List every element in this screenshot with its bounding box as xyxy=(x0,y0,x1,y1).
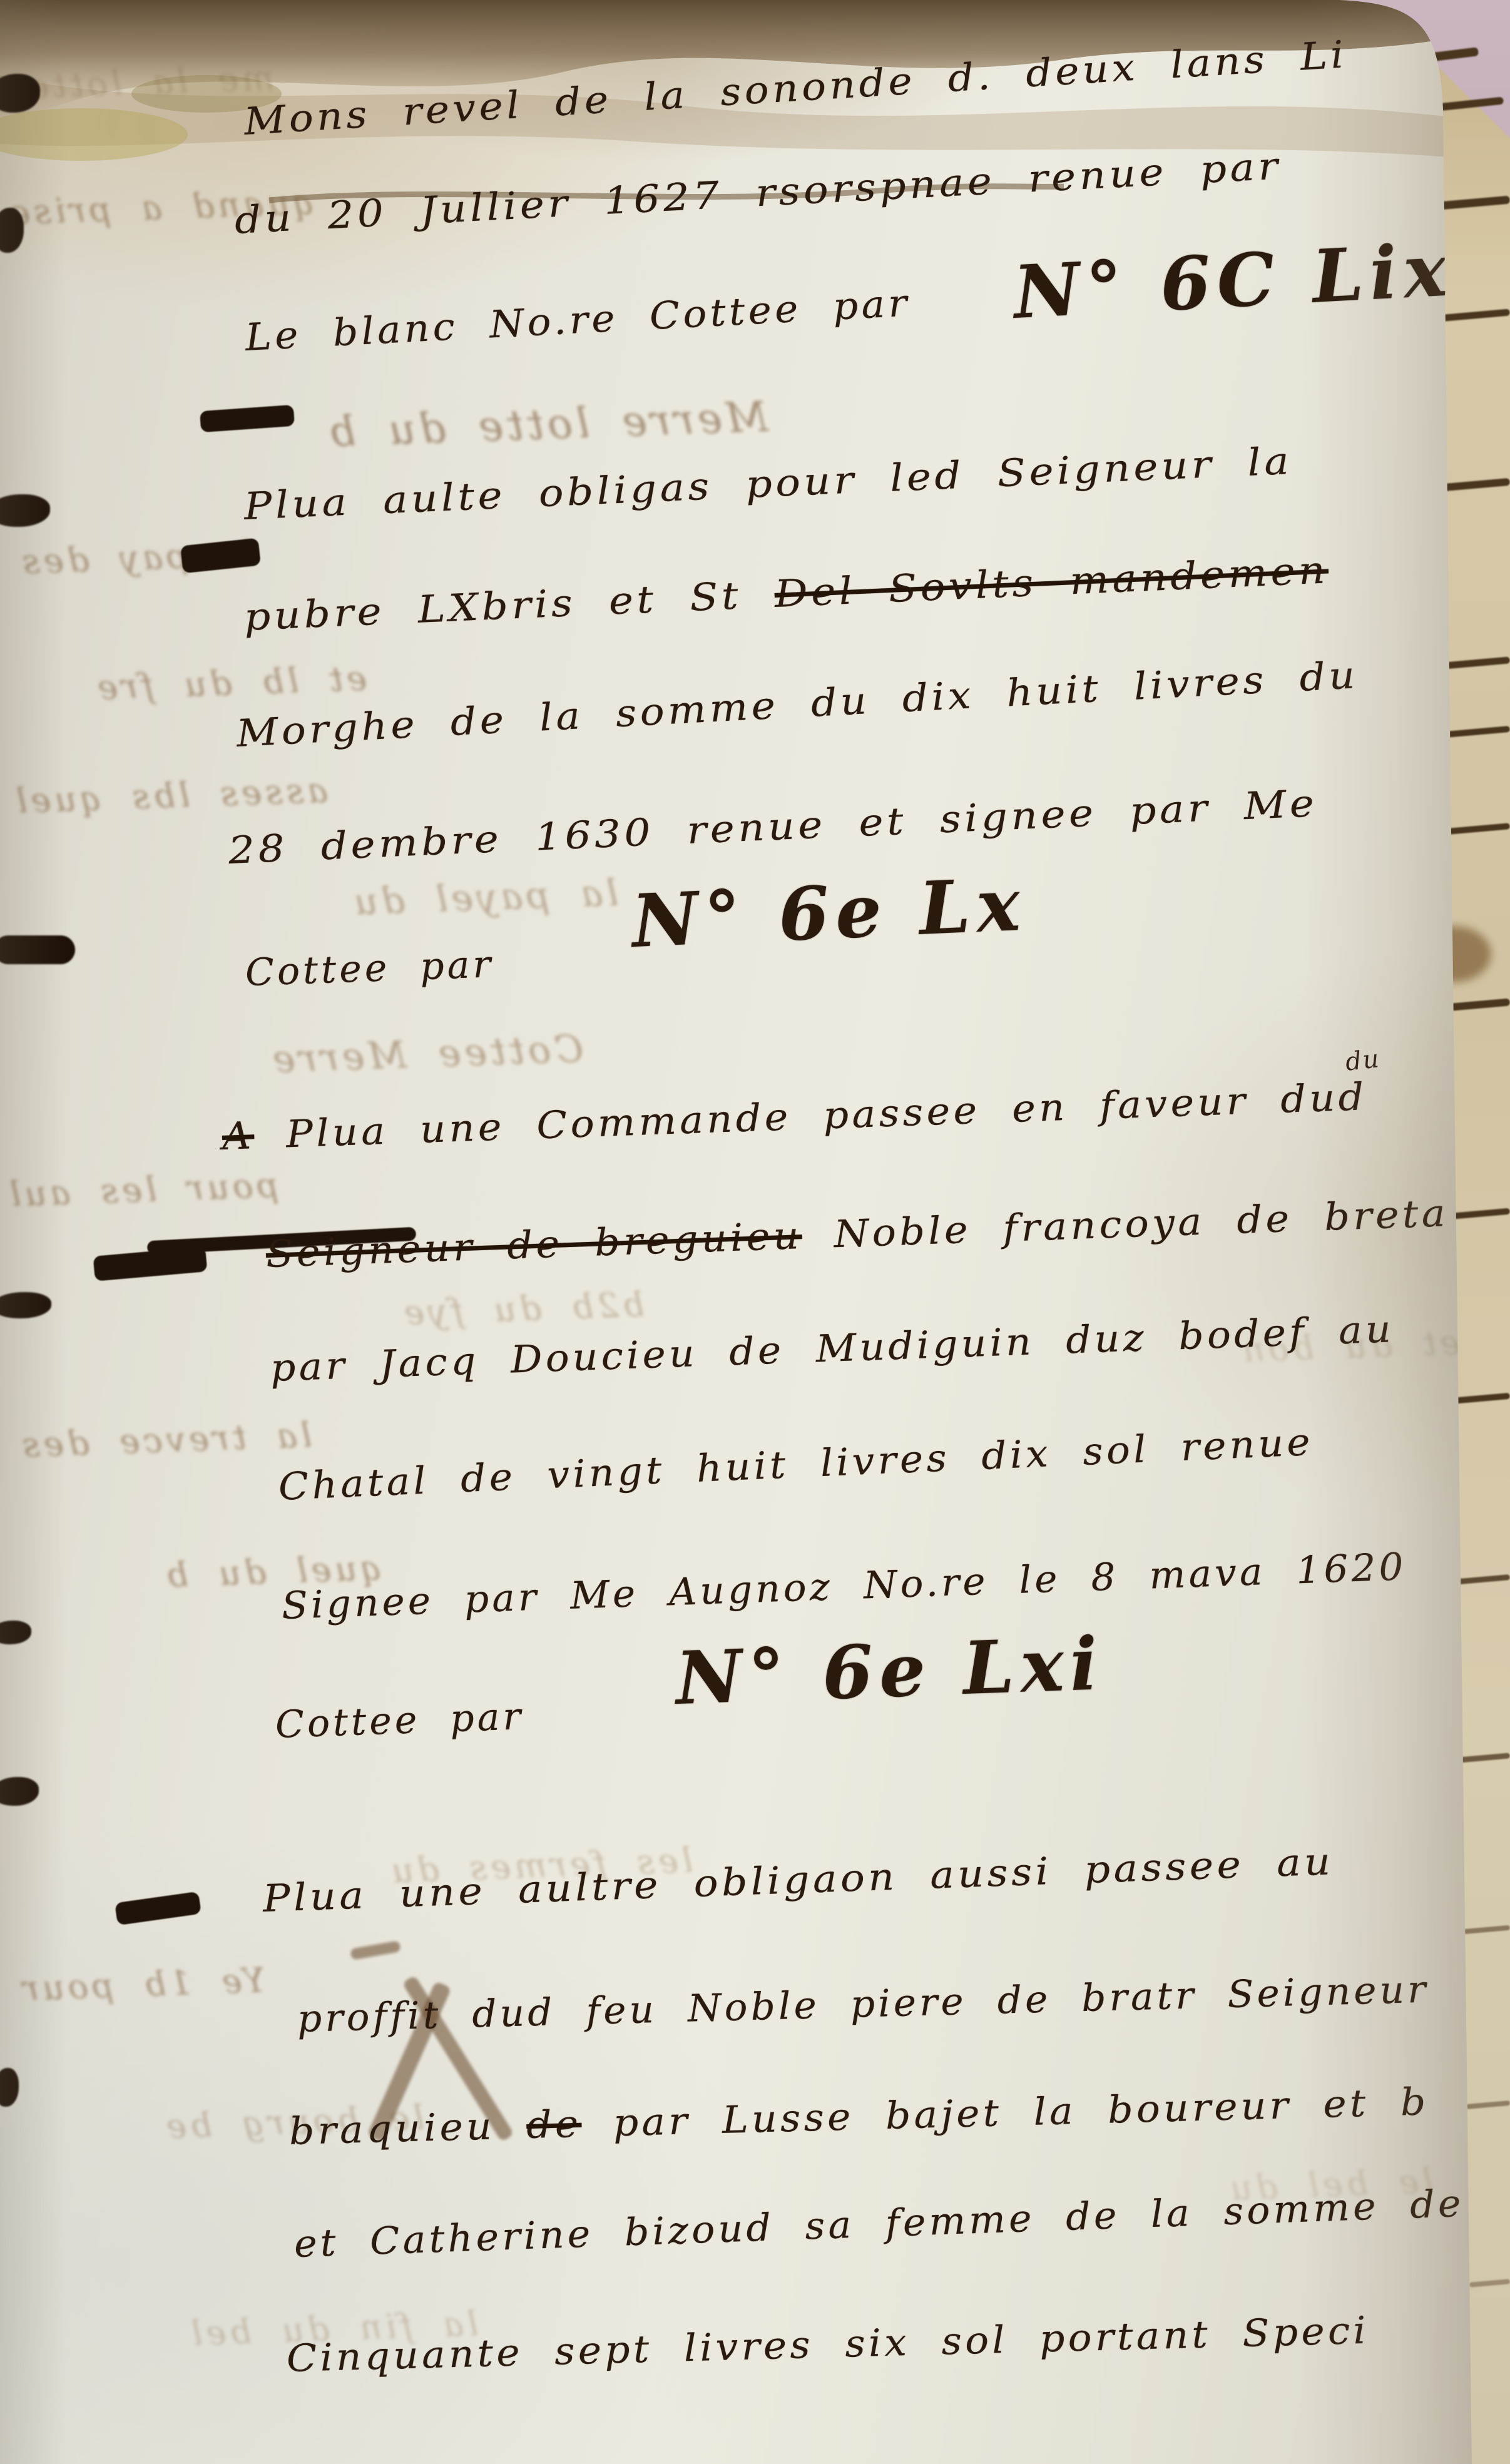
manuscript-line: 28 dembre 1630 renue et signee par Me xyxy=(227,781,1318,873)
ink-blot xyxy=(0,1621,31,1644)
bleed-through-fragment: et lb du fre xyxy=(93,658,367,707)
bleed-through-fragment: Ye 1b pour xyxy=(18,1960,266,2008)
bleed-through-fragment: Cottee Merre xyxy=(268,1027,584,1081)
cote-numeral: N° 6e Lxi xyxy=(675,1621,1105,1721)
photo-of-manuscript: me la lotte quand a prise Merre lotte du… xyxy=(0,0,1510,2464)
ink-dash xyxy=(200,405,295,432)
ink-blot xyxy=(0,494,50,527)
ink-dash xyxy=(115,1891,202,1925)
ink-blot xyxy=(0,935,75,964)
bleed-through-fragment: la trevce des xyxy=(18,1415,312,1465)
bleed-through-fragment: la payel du xyxy=(350,872,619,924)
bleed-through-fragment: asses lbs quel xyxy=(12,770,329,821)
manuscript-page: me la lotte quand a prise Merre lotte du… xyxy=(0,0,1510,2464)
cote-numeral: N° 6e Lx xyxy=(630,862,1028,964)
manuscript-line: Le blanc No.re Cottee par xyxy=(244,281,911,360)
ink-blot xyxy=(0,1777,39,1806)
bleed-through-fragment: Merre lotte du b xyxy=(325,393,769,457)
ink-blot xyxy=(0,1292,51,1318)
manuscript-line: proffit dud feu Noble piere de bratr Sei… xyxy=(297,1968,1429,2041)
manuscript-line: Cottee par xyxy=(245,942,494,995)
ink-smear xyxy=(350,1940,401,1960)
manuscript-line: Signee par Me Augnoz No.re le 8 mava 162… xyxy=(281,1545,1407,1628)
manuscript-line: Cottee par xyxy=(275,1694,524,1747)
manuscript-line: et Catherine bizoud sa femme de la somme… xyxy=(293,2182,1465,2266)
manuscript-line: Seigneur de breguieu Noble francoya de b… xyxy=(265,1191,1449,1276)
bleed-through-fragment: pour les aul xyxy=(6,1165,279,1214)
manuscript-line: Chatal de vingt huit livres dix sol renu… xyxy=(277,1420,1314,1509)
interlinear-addition: du xyxy=(1344,1044,1382,1077)
ink-blot xyxy=(0,2068,19,2107)
manuscript-line: Morghe de la somme du dix huit livres du xyxy=(235,653,1359,756)
manuscript-line: braquieu de par Lusse bajet la boureur e… xyxy=(288,2080,1429,2154)
manuscript-line: A Plua une Commande passee en faveur dud xyxy=(222,1075,1368,1159)
manuscript-line: pubre LXbris et St Del Sovlts mandemen xyxy=(243,548,1329,639)
bleed-through-fragment: b2b du fye xyxy=(400,1285,645,1333)
